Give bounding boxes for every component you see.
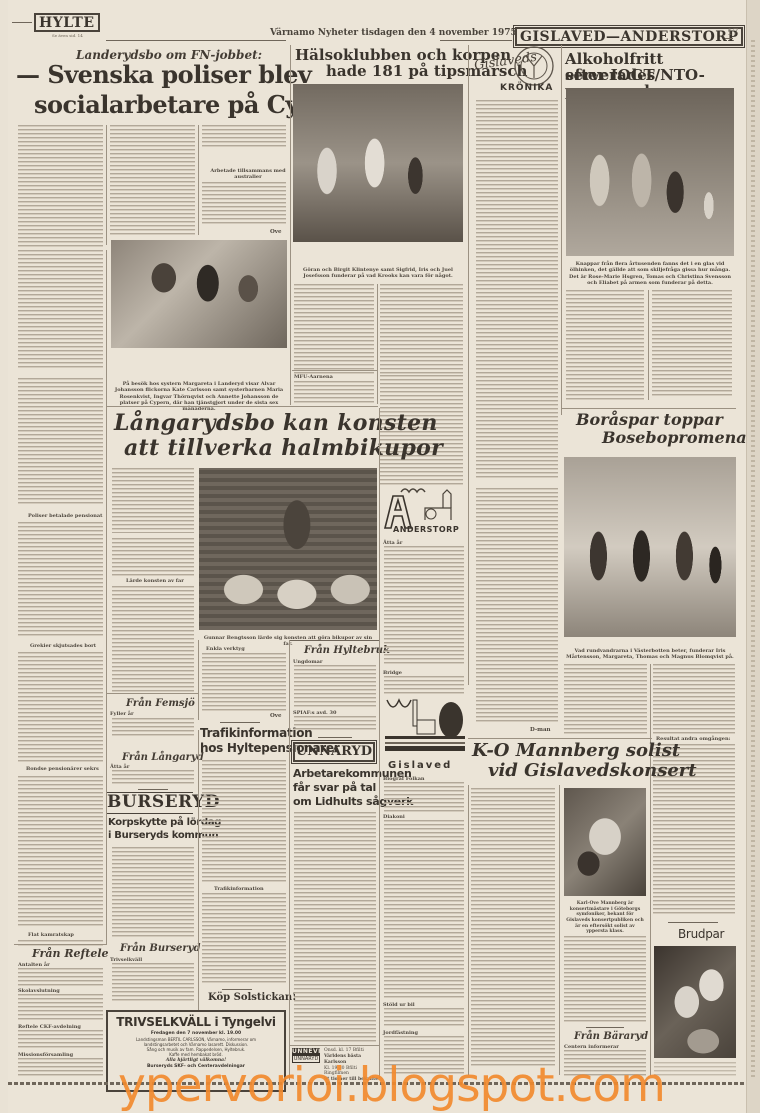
body-text [294, 716, 376, 732]
body-text [652, 290, 732, 396]
section-label-box: UNNARYD [293, 742, 375, 762]
body-text [564, 936, 646, 1024]
photo-cypern-family [111, 240, 287, 348]
heading-fran-langaryd: Från Långaryd [122, 752, 204, 763]
photo-caption: Knappar från flera årtusenden fanns det … [566, 261, 734, 286]
body-text [18, 1058, 103, 1078]
column-rule [198, 640, 199, 720]
heading-fran-reftele: Från Reftele [32, 947, 109, 960]
photo-caption: Karl-Ove Mannberg är konsertmästare i Gö… [564, 901, 646, 935]
column-rule [377, 284, 378, 404]
headline-langarydsbo-1: Långarydsbo kan konsten [114, 412, 438, 435]
divider [290, 1045, 380, 1046]
body-text [18, 522, 103, 637]
headline-unnaryd-2: får svar på tal [293, 782, 376, 794]
body-text [380, 284, 463, 374]
column-rule [468, 45, 469, 685]
unnevi-logo-top: UNNEVI [292, 1048, 320, 1055]
body-text [18, 378, 103, 506]
headline-langarydsbo-2: att tillverka halmbikupor [124, 437, 443, 460]
subhead: Poliser betalade pensionat [28, 513, 102, 519]
divider [318, 737, 352, 738]
divider [220, 722, 260, 723]
body-text [18, 652, 103, 762]
body-text [566, 290, 644, 400]
masthead-rule [106, 40, 286, 41]
body-text [112, 586, 194, 692]
body-text [112, 770, 194, 785]
divider [561, 408, 736, 409]
body-text [384, 546, 464, 666]
body-text [294, 381, 374, 403]
headline-mannberg-1: K-O Mannberg solist [472, 742, 680, 761]
divider [468, 738, 652, 739]
body-text [294, 284, 374, 374]
section-sub-label: Se även sid. 14 [52, 33, 83, 38]
body-text [384, 1008, 464, 1026]
subhead: Fyller år [110, 711, 134, 717]
photo-caption: Göran och Birgit Klintenye samt Sigfrid,… [293, 267, 463, 280]
body-text [384, 782, 464, 812]
subhead: Flat kamratskap [28, 932, 74, 938]
masthead-rule-left [12, 22, 32, 23]
divider [586, 1027, 624, 1028]
ad-title: TRIVSELKVÄLL i Tyngelvi [108, 1016, 284, 1029]
column-rule [290, 45, 291, 405]
body-text [112, 718, 194, 736]
body-text [18, 250, 103, 370]
column-rule [561, 45, 562, 415]
headline-borasspar-2: Bosebopromenader [602, 430, 760, 447]
body-text [112, 963, 194, 1003]
divider [138, 789, 168, 790]
body-text [202, 760, 286, 884]
body-text [18, 994, 103, 1022]
body-text [476, 100, 558, 480]
body-text [653, 664, 735, 734]
body-text [18, 968, 103, 986]
headline-borasspar-1: Boråspar toppar [576, 412, 723, 429]
anderstorp-logo-text: ANDERSTORP [393, 526, 459, 534]
subhead: MFU-Aarnena [294, 374, 333, 380]
divider [292, 370, 378, 371]
photo-bosebopromenader [564, 457, 736, 637]
page-edge-scan [746, 0, 760, 1113]
heading-fran-hyltebruk: Från Hyltebruk [304, 645, 390, 656]
divider [668, 922, 718, 923]
body-text [112, 538, 194, 576]
column-rule [379, 698, 380, 1078]
body-text [202, 653, 286, 711]
photo-caption: Vad rundvandrarna i Västerbotten beter, … [564, 648, 736, 661]
headline-cypern-1: — Svenska poliser blev [16, 62, 311, 87]
gislaved-logo-text: Gislaved [388, 760, 452, 771]
subhead: Arbetade tillsammans med australier [208, 168, 288, 180]
body-text [110, 125, 195, 235]
dateline: Värnamo Nyheter tisdagen den 4 november … [270, 28, 517, 38]
body-text [18, 776, 103, 926]
body-text [294, 665, 376, 707]
kronika-title: KRÖNIKA [500, 84, 553, 93]
byline: D-man [530, 727, 551, 733]
body-text [18, 125, 103, 247]
column-rule [379, 408, 380, 698]
page-number: 17 [727, 28, 738, 38]
rule [290, 640, 380, 641]
headline-mannberg-2: vid Gislavedskonsert [488, 762, 697, 781]
subhead: Grekier skjutsades bort [30, 643, 96, 649]
column-rule [648, 290, 649, 400]
ad-line: Kaffe med hembakat bröd. [108, 1052, 284, 1057]
body-text [294, 812, 376, 1042]
subhead: Enkla verktyg [206, 646, 245, 652]
body-text [471, 788, 555, 1068]
body-text [18, 1030, 103, 1050]
divider [106, 693, 198, 694]
newspaper-page: HYLTE Se även sid. 14 Värnamo Nyheter ti… [8, 0, 746, 1113]
heading-fran-femsjo: Från Femsjö [126, 698, 195, 709]
body-text [202, 125, 286, 149]
divider [14, 944, 106, 945]
photo-mannberg-violin [564, 788, 646, 896]
column-rule [559, 785, 560, 1075]
column-rule [106, 250, 107, 945]
heading-fran-burseryd: Från Burseryd [120, 943, 200, 954]
heading-brudpar: Brudpar [678, 928, 724, 941]
subhead: Lärde konsten av far [126, 578, 184, 584]
section-label-unnaryd: UNNARYD [295, 744, 373, 760]
body-text [564, 664, 647, 736]
column-rule [289, 640, 290, 1080]
section-label-hylte: HYLTE [34, 13, 100, 32]
column-rule [650, 664, 651, 1076]
column-rule [106, 125, 107, 245]
byline: Ove [270, 713, 282, 719]
promo-solstickan: Köp Solstickan! [208, 993, 297, 1004]
heading-fran-bararyd: Från Bäraryd [574, 1031, 648, 1042]
subhead: Bondse pensionärer sekrs [26, 766, 99, 772]
body-text [112, 847, 194, 937]
subhead: Trafikinformation [214, 886, 264, 892]
photo-caption-text [654, 1062, 736, 1076]
photo-brudpar [654, 946, 736, 1058]
divider [222, 989, 252, 990]
masthead-rule [440, 40, 512, 41]
column-rule [198, 125, 199, 235]
byline: Ove [270, 229, 282, 235]
body-text [476, 488, 558, 723]
photo-iogt-promenad [566, 88, 734, 256]
body-text [202, 182, 286, 224]
masthead-rule-right [725, 38, 733, 39]
photo-tipsmarsch [293, 84, 463, 242]
gislaved-logo-icon [383, 698, 467, 758]
photo-halmbikupor [199, 468, 377, 630]
photo-caption: På besök hos systern Margareta i Landery… [111, 381, 287, 412]
column-rule [198, 730, 199, 1010]
divider [106, 406, 378, 407]
rule [107, 813, 193, 814]
body-text [384, 676, 464, 694]
body-text [202, 893, 286, 985]
body-text [384, 820, 464, 1000]
body-text [18, 940, 103, 946]
ad-date: Fredagen den 7 november kl. 19.00 [108, 1031, 284, 1036]
column-rule [468, 785, 469, 1075]
watermark-url: ypervorioi.blogspot.com [118, 1058, 665, 1113]
body-text [112, 468, 194, 533]
